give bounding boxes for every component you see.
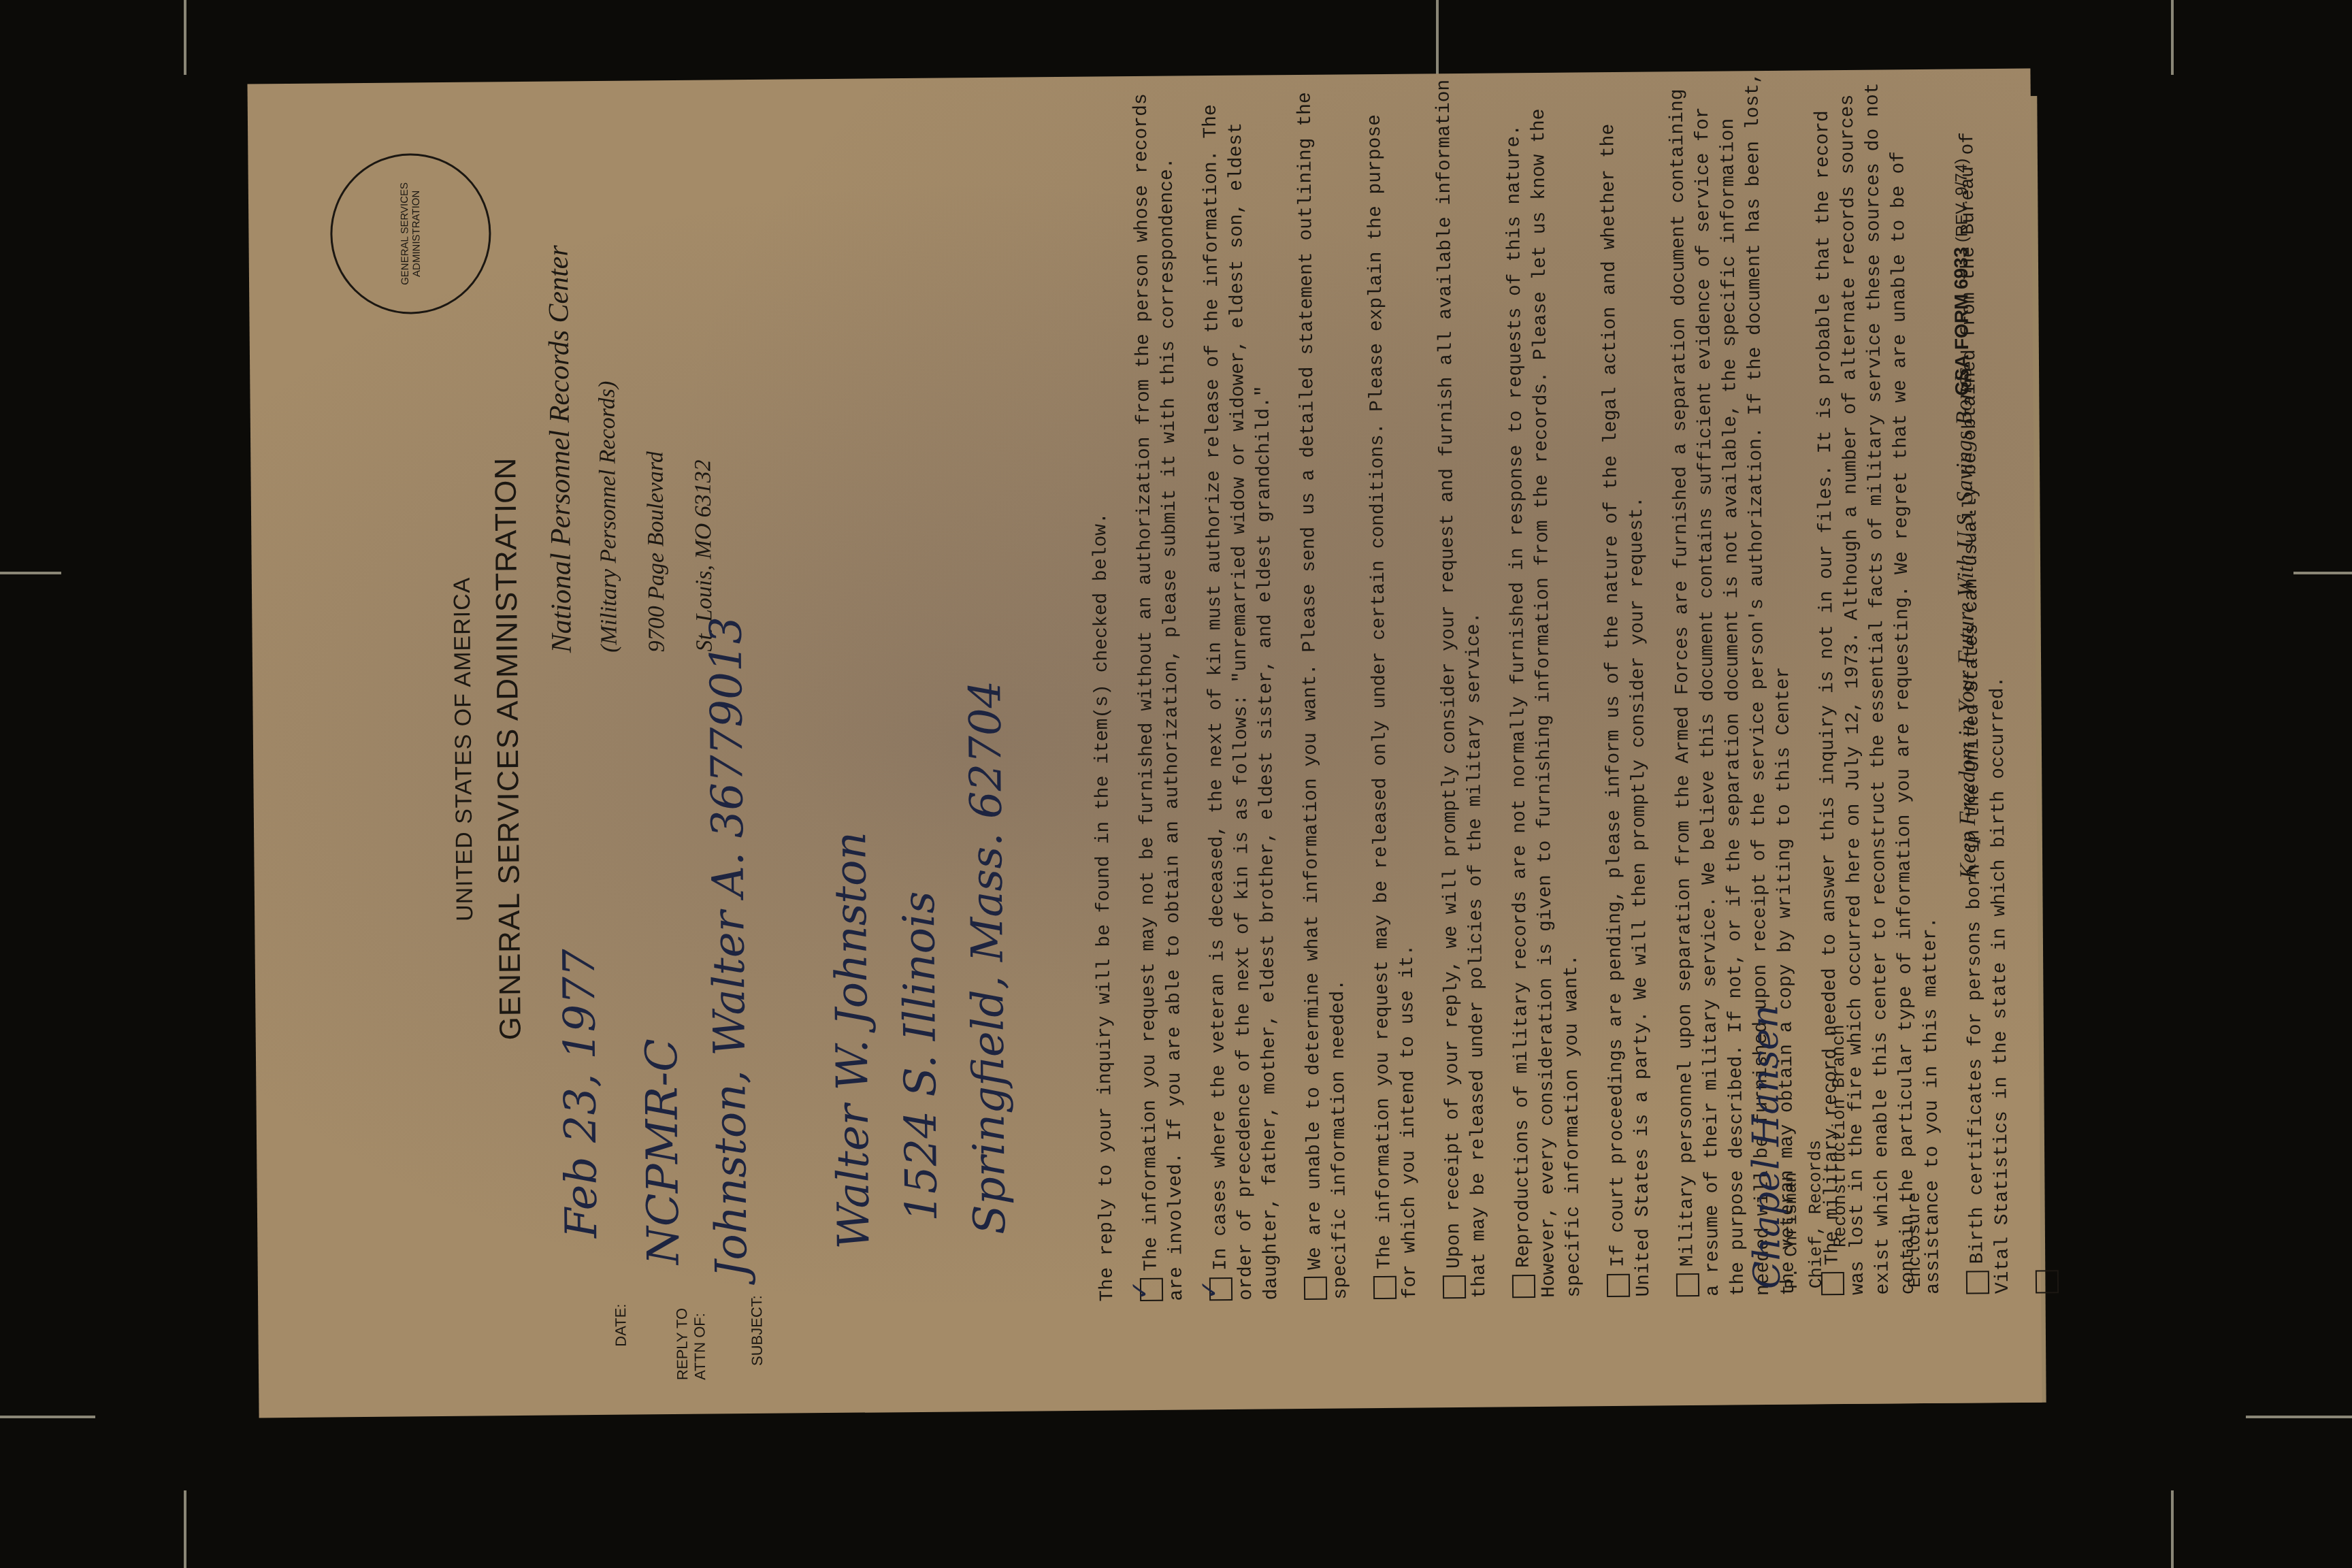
footer-slogan: Keep Freedom in Your Future With U.S. Sa… xyxy=(1951,367,1982,879)
form-id: GSA FORM 6933 (REV. 9/74) xyxy=(1950,159,1974,396)
crop-mark xyxy=(2171,1490,2174,1568)
crop-mark xyxy=(1436,0,1439,75)
crop-mark xyxy=(0,572,61,574)
handwritten-signature: Chapel Hansen xyxy=(1752,1004,1780,1289)
checklist-item xyxy=(2024,68,2060,1293)
signer-title1: Chief, Records xyxy=(1801,1004,1829,1289)
address-line1: 9700 Page Boulevard xyxy=(630,244,681,653)
checklist-item: The information you request may be relea… xyxy=(1362,74,1423,1300)
subject-label: SUBJECT: xyxy=(748,1295,766,1366)
center-name: National Personnel Records Center xyxy=(535,245,586,653)
crop-mark xyxy=(184,0,186,75)
date-label: DATE: xyxy=(612,1303,630,1346)
addressee-name: Walter W. Johnston xyxy=(826,832,879,1249)
letter-page: GENERAL SERVICES ADMINISTRATION UNITED S… xyxy=(247,69,2042,1418)
checkbox[interactable] xyxy=(1606,1274,1629,1297)
checkbox[interactable] xyxy=(1139,1278,1162,1301)
intro-text: The reply to your inquiry will be found … xyxy=(1084,76,1120,1301)
checkbox[interactable] xyxy=(1512,1275,1535,1298)
subject-value: Johnston, Walter A. 36779013 xyxy=(701,616,757,1277)
enclosure-note: Enclosure xyxy=(1904,1192,1925,1288)
checklist-item: The information you request may not be f… xyxy=(1128,76,1190,1302)
checklist: The information you request may not be f… xyxy=(1128,68,2060,1301)
checkbox[interactable] xyxy=(1303,1277,1326,1300)
checklist-item: We are unable to determine what informat… xyxy=(1292,74,1354,1300)
item-text: We are unable to determine what informat… xyxy=(1295,92,1352,1300)
item-text: Reproductions of military records are no… xyxy=(1503,108,1585,1298)
checkbox[interactable] xyxy=(1676,1273,1699,1296)
checkbox[interactable] xyxy=(1965,1271,1989,1294)
address-line2: St. Louis, MO 63132 xyxy=(678,244,729,652)
date-value: Feb 23, 1977 xyxy=(555,949,608,1239)
crop-mark xyxy=(184,1490,186,1568)
letter-body: The reply to your inquiry will be found … xyxy=(1084,68,2060,1301)
checkbox[interactable] xyxy=(1373,1276,1396,1299)
center-sub: (Military Personnel Records) xyxy=(583,244,634,653)
crop-mark xyxy=(2246,1416,2352,1418)
signature-block: Chapel Hansen P. Chrisman Chief, Records… xyxy=(1752,1004,1853,1289)
checklist-item: Reproductions of military records are no… xyxy=(1501,72,1587,1298)
item-text: Upon receipt of your reply, we will prom… xyxy=(1434,80,1491,1298)
checkbox[interactable] xyxy=(2035,1270,2058,1293)
crop-mark xyxy=(2171,0,2174,75)
checkbox[interactable] xyxy=(1442,1275,1465,1298)
checkbox[interactable] xyxy=(1209,1277,1232,1301)
form-rev: (REV. 9/74) xyxy=(1953,159,1972,242)
letterhead-agency: GENERAL SERVICES ADMINISTRATION xyxy=(485,82,531,1416)
reply-value: NCPMR-C xyxy=(637,1039,689,1265)
form-prefix: GSA FORM xyxy=(1950,294,1972,396)
crop-mark xyxy=(2293,572,2352,574)
item-text: If court proceedings are pending, please… xyxy=(1598,124,1654,1297)
addressee-city: Springfield, Mass. 62704 xyxy=(960,680,1015,1235)
checklist-item: If court proceedings are pending, please… xyxy=(1595,72,1656,1298)
item-text: The information you request may not be f… xyxy=(1131,93,1188,1301)
item-text: The information you request may be relea… xyxy=(1365,114,1421,1299)
reply-label: REPLY TO ATTN OF: xyxy=(673,1285,709,1380)
crop-mark xyxy=(0,1416,95,1418)
item-text: In cases where the veteran is deceased, … xyxy=(1200,104,1282,1301)
addressee-street: 1524 S. Illinois xyxy=(894,891,947,1222)
checklist-item: In cases where the veteran is deceased, … xyxy=(1198,75,1284,1301)
checklist-item: Upon receipt of your reply, we will prom… xyxy=(1431,73,1492,1299)
letterhead-country: UNITED STATES OF AMERICA xyxy=(444,82,483,1416)
seal-text: GENERAL SERVICES ADMINISTRATION xyxy=(398,155,423,312)
signer-title2: Reconstruction Branch xyxy=(1826,1004,1853,1288)
letter-paper: GENERAL SERVICES ADMINISTRATION UNITED S… xyxy=(247,69,2042,1418)
form-number: 6933 xyxy=(1950,247,1972,290)
center-address: National Personnel Records Center (Milit… xyxy=(535,244,729,653)
